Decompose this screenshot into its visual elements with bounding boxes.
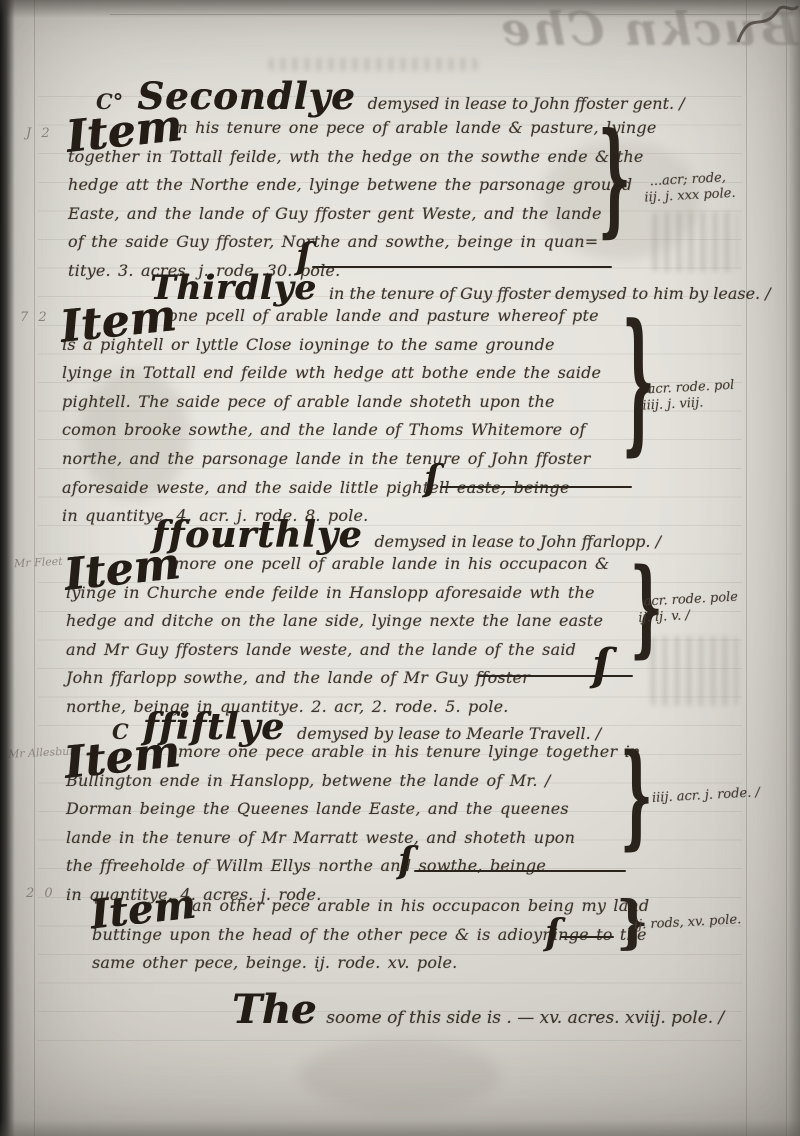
binding-gutter-shadow — [0, 0, 15, 1136]
heading-continuation: in the tenure of Guy ffoster demysed to … — [329, 284, 771, 303]
margin-ink-note: Mr Fleet — [14, 555, 63, 571]
paragraph-end-flourish: ſ — [398, 840, 414, 882]
manuscript-photo: Buckn Che J 2 C° Secondlye demysed in le… — [0, 0, 800, 1136]
acreage-brace: } — [620, 740, 653, 853]
manuscript-line: John ffarlopp sowthe, and the lande of M… — [66, 664, 631, 693]
sum-lead-word: The — [232, 986, 316, 1033]
margin-measurement: ...acr; rode, iij. j. xxx pole. — [649, 170, 736, 205]
manuscript-line: lyinge in Tottall end feilde wth hedge a… — [62, 359, 632, 388]
right-margin-rule-outer — [786, 0, 787, 1136]
manuscript-line: hedge att the Northe ende, lyinge betwen… — [68, 171, 628, 200]
bracket-line — [560, 936, 614, 938]
manuscript-line: pightell. The saide pece of arable lande… — [62, 388, 632, 417]
manuscript-line: Easte, and the lande of Guy ffoster gent… — [68, 200, 628, 229]
manuscript-line: and Mr Guy ffosters lande weste, and the… — [66, 636, 631, 665]
manuscript-line: of the saide Guy ffoster, Northe and sow… — [68, 228, 628, 257]
bracket-line — [440, 486, 632, 488]
bracket-line — [478, 675, 633, 677]
item-paragraph: Item in his tenure one pece of arable la… — [68, 114, 628, 286]
heading-continuation: demysed in lease to John ffarlopp. / — [374, 532, 661, 551]
heading-continuation: demysed in lease to John ffoster gent. / — [368, 94, 685, 113]
item-paragraph: Item more one pece arable in his tenure … — [66, 738, 631, 910]
margin-measurement: acr. rode. pole ij. ij. v. / — [643, 590, 739, 626]
paragraph-end-flourish: ſ — [545, 912, 561, 954]
margin-measurement: acr. rode. pol iiij. j. viij. — [647, 378, 735, 413]
section-heading-secondly: C° Secondlye demysed in lease to John ff… — [96, 74, 685, 118]
manuscript-line: Dorman beinge the Queenes lande Easte, a… — [66, 795, 631, 824]
manuscript-line: hedge and ditche on the lane side, lying… — [66, 607, 631, 636]
item-paragraph: Item one pcell of arable lande and pastu… — [62, 302, 632, 531]
page-edge-top — [0, 0, 800, 18]
page-sum-line: The soome of this side is . — xv. acres.… — [232, 986, 724, 1033]
bracket-line — [414, 870, 626, 872]
manuscript-line: the ffreeholde of Willm Ellys northe and… — [66, 852, 631, 881]
margin-pencil-note: J 2 — [26, 126, 53, 141]
paragraph-end-flourish: ſ — [592, 640, 611, 691]
manuscript-line: comon brooke sowthe, and the lande of Th… — [62, 416, 632, 445]
right-margin-rule-inner — [746, 0, 747, 1136]
margin-pencil-note: 2 0 — [26, 886, 56, 901]
acreage-brace: } — [598, 118, 631, 241]
paragraph-end-flourish: ſ — [424, 458, 440, 500]
manuscript-line: northe, and the parsonage lande in the t… — [62, 445, 632, 474]
sum-text: soome of this side is . — xv. acres. xvi… — [326, 1008, 724, 1028]
manuscript-line: lande in the tenure of Mr Marratt weste,… — [66, 824, 631, 853]
page-edge-right — [788, 0, 800, 1136]
margin-pencil-note: 7 2 — [20, 310, 50, 325]
page-edge-bottom — [0, 1120, 800, 1136]
item-paragraph: Item more one pcell of arable lande in h… — [66, 550, 631, 722]
